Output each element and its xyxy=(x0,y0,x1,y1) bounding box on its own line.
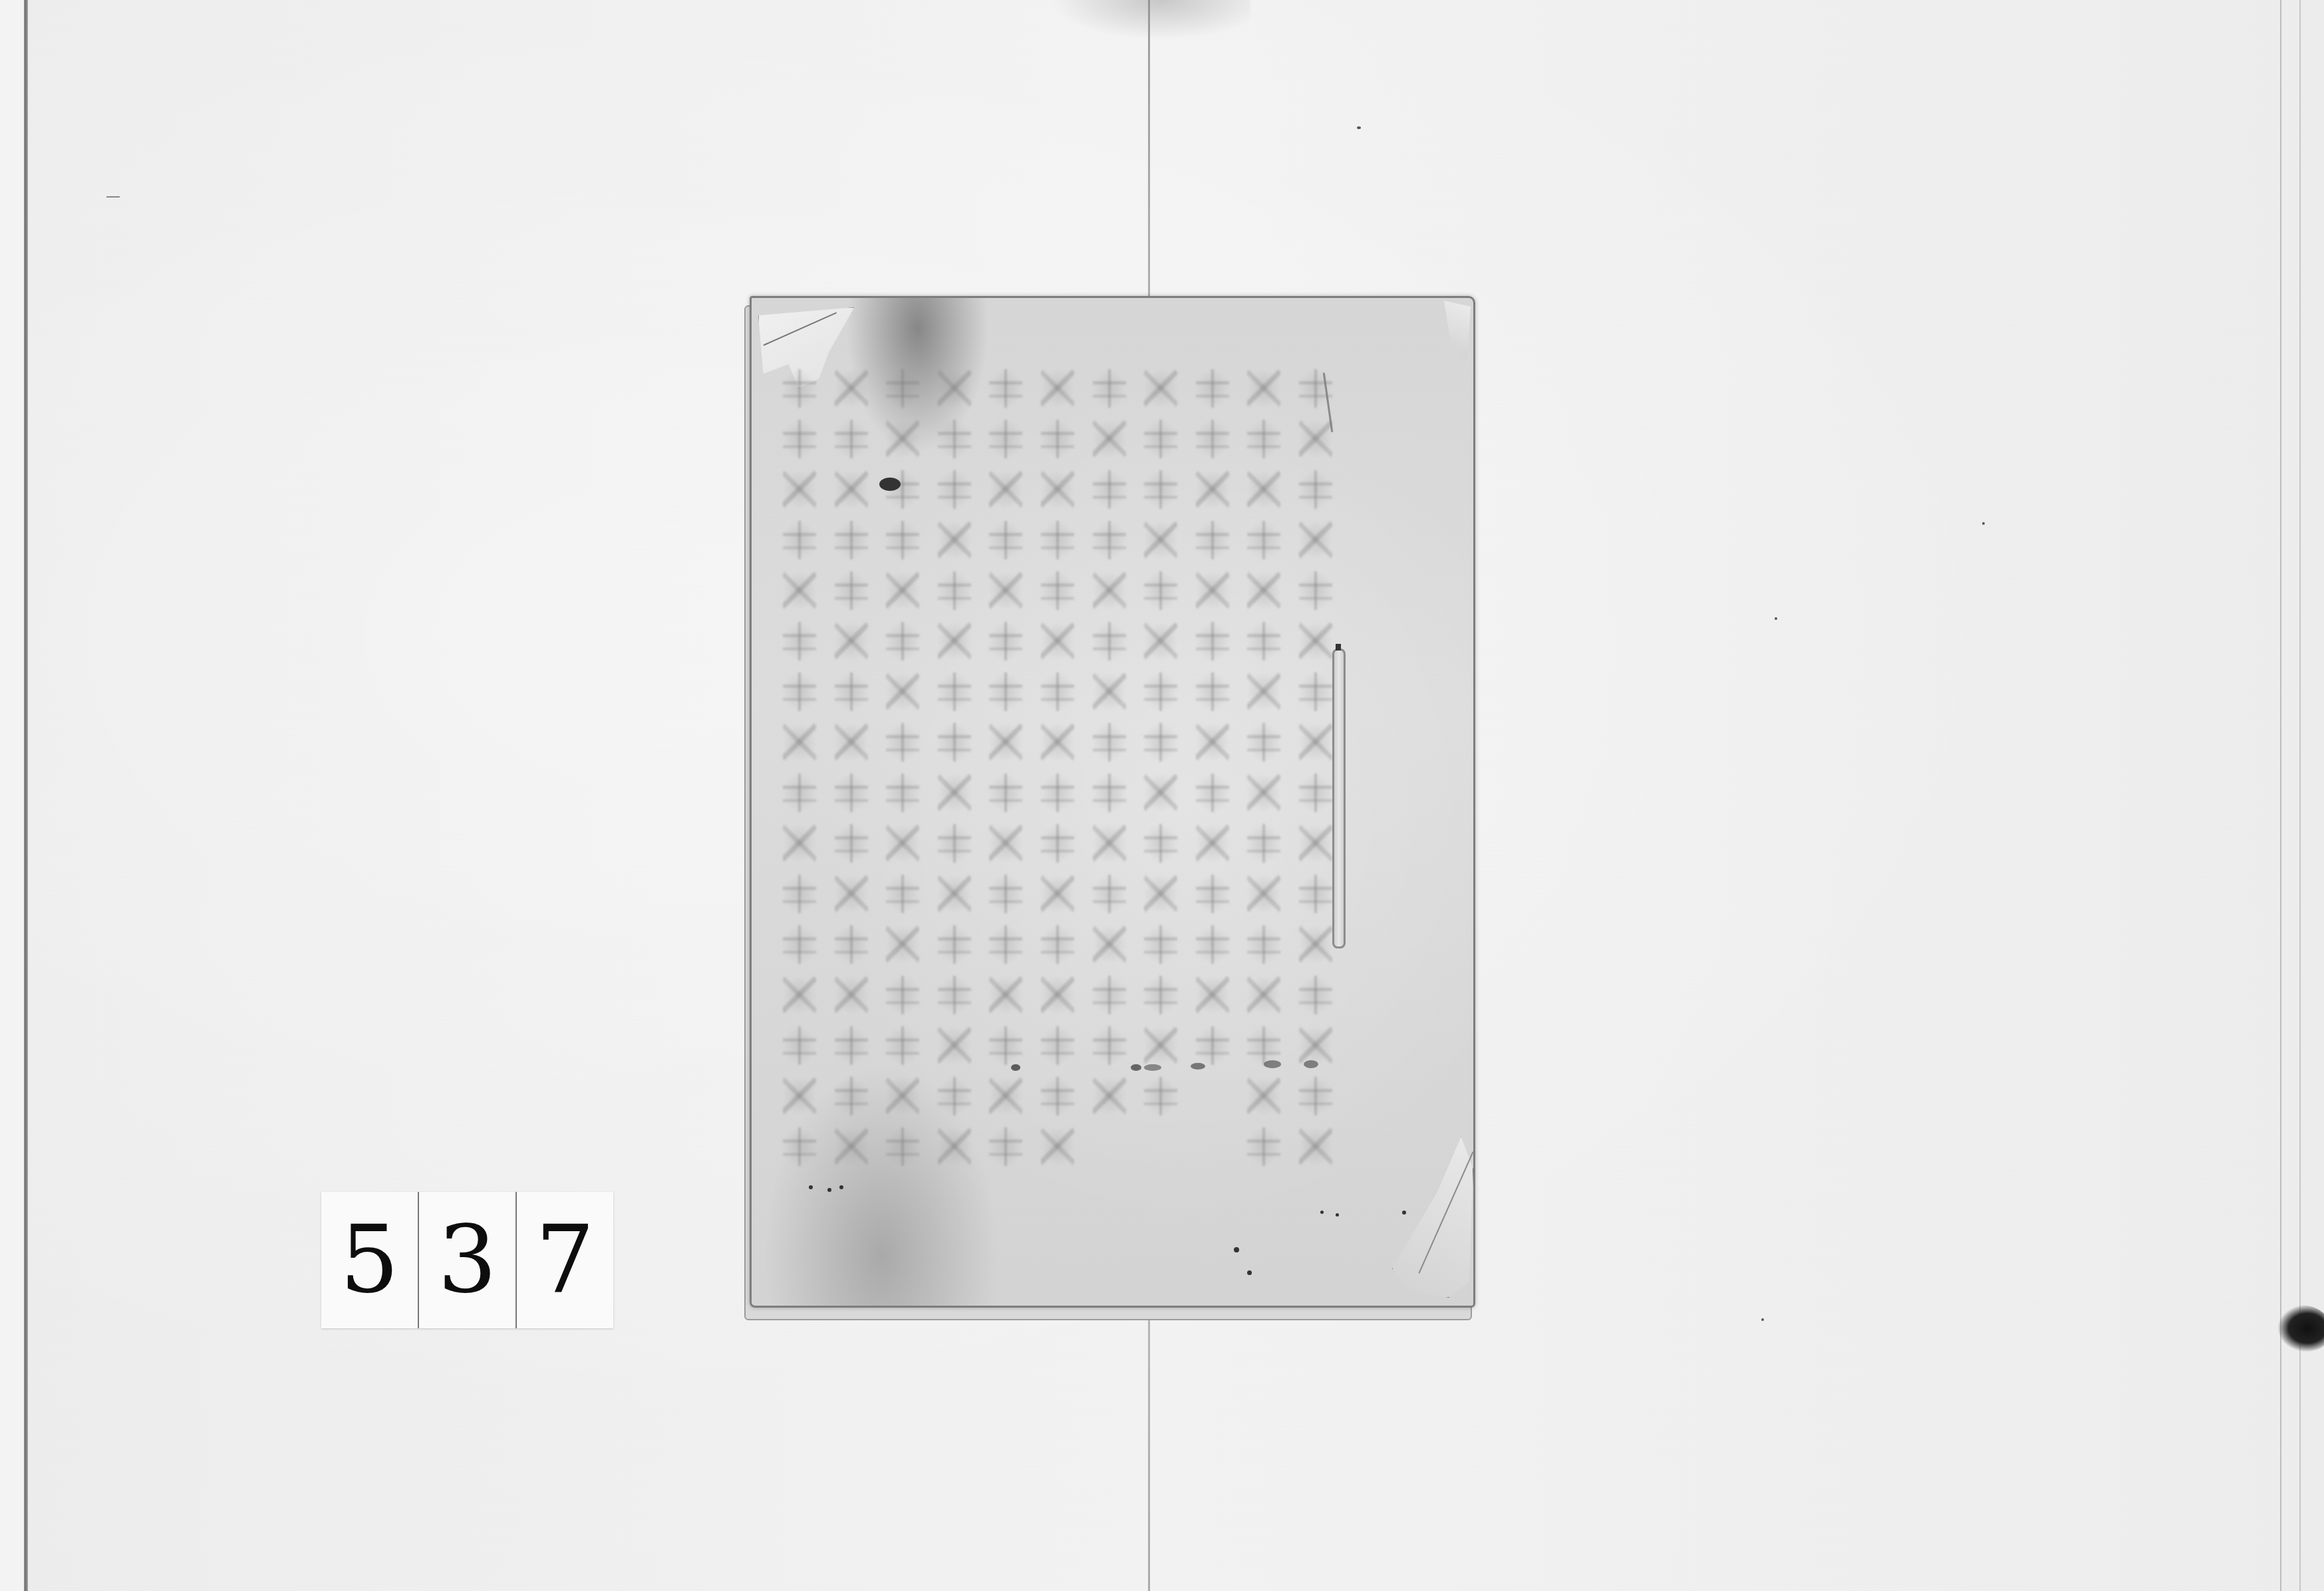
ink-spot xyxy=(1144,1064,1161,1071)
text-column xyxy=(1191,369,1234,1234)
catalog-number-label: 5 3 7 xyxy=(321,1192,613,1328)
speck xyxy=(1775,617,1777,620)
text-column xyxy=(1294,369,1337,1234)
text-column xyxy=(1242,369,1285,1234)
ink-spot xyxy=(1234,1247,1239,1252)
ink-spot xyxy=(809,1185,813,1189)
text-column xyxy=(881,369,924,1234)
text-column xyxy=(1036,369,1079,1234)
text-column xyxy=(778,369,821,1234)
manuscript-text-columns xyxy=(778,369,1337,1234)
label-digit: 5 xyxy=(321,1192,419,1328)
ink-spot xyxy=(1131,1064,1141,1071)
text-column xyxy=(1088,369,1131,1234)
right-border-line-outer xyxy=(2299,0,2301,1591)
speck xyxy=(106,196,120,198)
ink-spot xyxy=(1320,1211,1324,1214)
text-column xyxy=(984,369,1027,1234)
label-digit: 7 xyxy=(517,1192,613,1328)
label-digit: 3 xyxy=(419,1192,517,1328)
right-border-line xyxy=(2280,0,2281,1591)
folded-corner-bottom-right xyxy=(1392,1137,1473,1298)
ink-spot xyxy=(1011,1064,1020,1071)
ink-spot xyxy=(1247,1270,1252,1275)
text-column xyxy=(830,369,873,1234)
ink-spot xyxy=(827,1188,831,1192)
left-margin-strip xyxy=(0,0,25,1591)
top-stain xyxy=(1051,0,1250,40)
ink-spot xyxy=(1304,1060,1318,1068)
speck xyxy=(1357,126,1361,129)
ink-spot xyxy=(839,1185,843,1189)
text-column xyxy=(1139,369,1182,1234)
left-border-line xyxy=(24,0,28,1591)
folded-corner-top-right xyxy=(1437,301,1471,361)
ink-spot xyxy=(879,478,901,491)
speck xyxy=(1761,1318,1764,1321)
speck xyxy=(1982,522,1985,525)
ink-spot xyxy=(1336,1213,1339,1217)
ink-spot xyxy=(1191,1063,1205,1070)
ink-spot xyxy=(1264,1060,1281,1068)
text-column xyxy=(933,369,976,1234)
ink-spot xyxy=(1402,1211,1406,1215)
